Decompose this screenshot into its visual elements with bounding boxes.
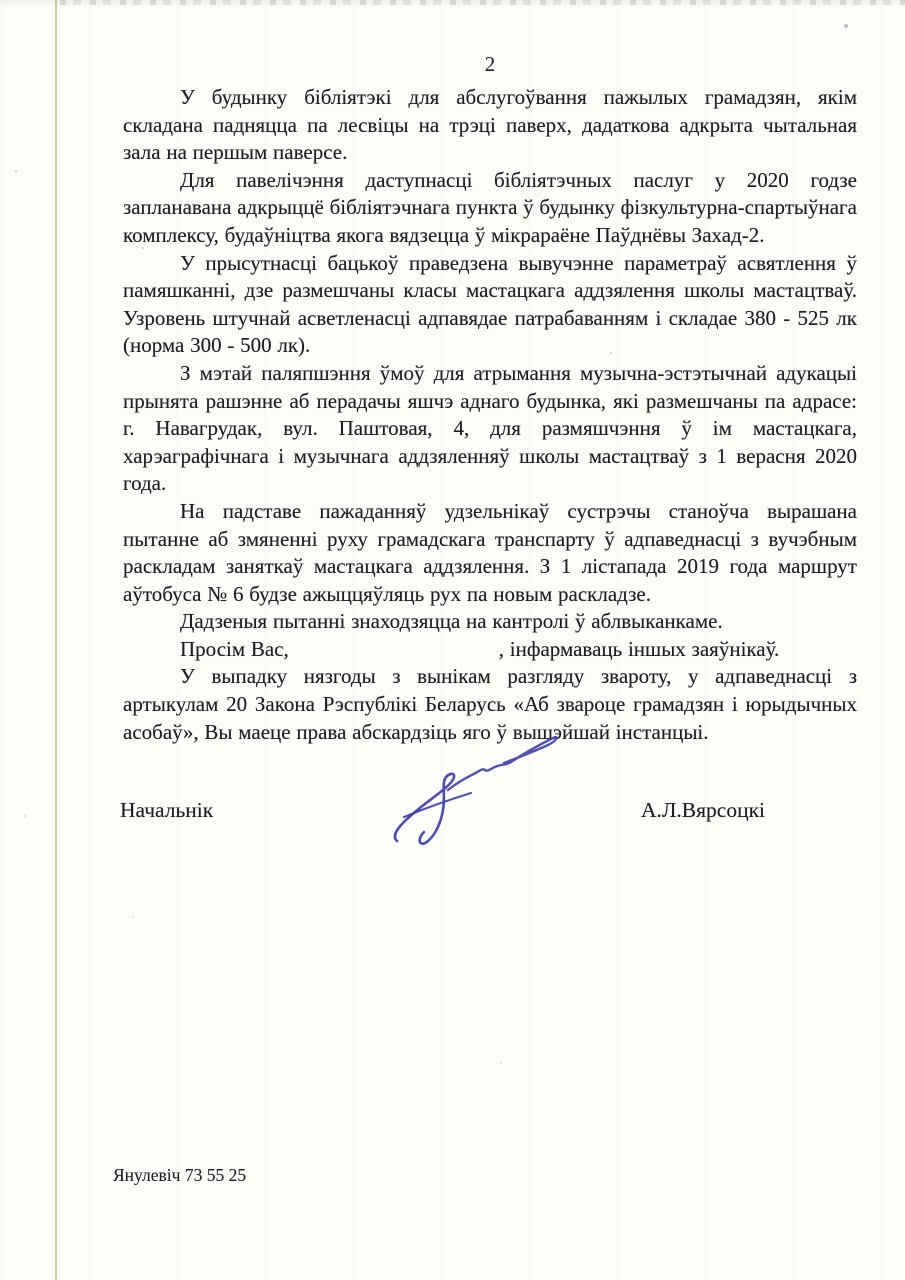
page-number: 2 [123, 52, 857, 77]
paragraph-library-point-2020: Для павелічэння даступнасці бібліятэчных… [123, 167, 857, 250]
letter-body: У будынку бібліятэкі для абслугоўвання п… [123, 84, 857, 746]
request-line: Просім Вас,, інфармаваць іншых заяўнікаў… [123, 636, 857, 664]
scan-artifact-left-line [55, 0, 57, 1280]
scan-specks [0, 0, 2, 2]
signature-block: Начальнік А.Л.Вярсоцкі [120, 798, 765, 823]
signatory-title: Начальнік [120, 798, 213, 823]
scan-artifact-top-edge [60, 0, 905, 5]
paragraph-control-note: Дадзеныя пытанні знаходзяцца на кантролі… [123, 608, 857, 636]
request-line-right: , інфармаваць іншых заяўнікаў. [499, 637, 779, 661]
request-line-left: Просім Вас, [180, 637, 289, 661]
paragraph-library-reading-room: У будынку бібліятэкі для абслугоўвання п… [123, 84, 857, 167]
paragraph-building-transfer: З мэтай паляпшэння ўмоў для атрымання му… [123, 360, 857, 498]
executor-contact: Янулевіч 73 55 25 [113, 1165, 246, 1186]
paragraph-bus-schedule: На падставе пажаданняў удзельнікаў сустр… [123, 498, 857, 608]
handwritten-signature-icon [383, 708, 583, 858]
signatory-name: А.Л.Вярсоцкі [641, 798, 765, 823]
paragraph-lighting-measurement: У прысутнасці бацькоў праведзена вывучэн… [123, 250, 857, 360]
scanned-letter-page: 2 У будынку бібліятэкі для абслугоўвання… [0, 0, 905, 1280]
